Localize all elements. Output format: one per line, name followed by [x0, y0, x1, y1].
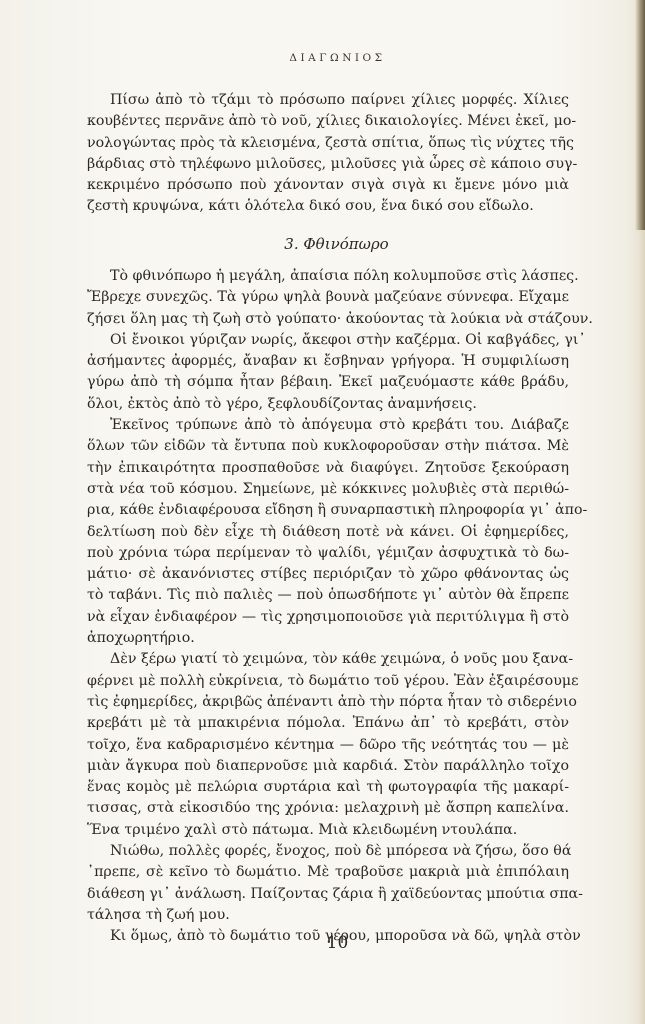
- text-line: κουβέντες περνᾶνε ἀπὸ τὸ νοῦ, χίλιες δικ…: [87, 111, 569, 132]
- intro-paragraph: Πίσω ἀπὸ τὸ τζάμι τὸ πρόσωπο παίρνει χίλ…: [87, 90, 569, 218]
- text-line: τάλησα τὴ ζωή μου.: [87, 905, 569, 926]
- text-line: νολογώντας πρὸς τὰ κλεισμένα, ζεστὰ σπίτ…: [87, 133, 569, 154]
- text-line: γύρω ἀπὸ τὴ σόμπα ἦταν βέβαιη. Ἐκεῖ μαζε…: [87, 372, 569, 393]
- text-line: Πίσω ἀπὸ τὸ τζάμι τὸ πρόσωπο παίρνει χίλ…: [87, 90, 569, 111]
- text-line: Νιώθω, πολλὲς φορές, ἔνοχος, ποὺ δὲ μπόρ…: [87, 841, 569, 862]
- text-line: ἀποχωρητήριο.: [87, 628, 569, 649]
- text-line: βάρδιας στὸ τηλέφωνο μιλοῦσες, μιλοῦσες …: [87, 154, 569, 175]
- section-title: 3. Φθινόπωρο: [0, 235, 645, 253]
- text-line: ποὺ χρόνια τώρα περίμεναν τὸ ψαλίδι, γέμ…: [87, 543, 569, 564]
- text-line: κρεβάτι μὲ τὰ μπακιρένια πόμολα. Ἐπάνω ἀ…: [87, 713, 569, 734]
- text-line: δελτίωση ποὺ δὲν εἶχε τὴ διάθεση ποτὲ νὰ…: [87, 522, 569, 543]
- text-line: φέρνει μὲ πολλὴ εὐκρίνεια, τὸ δωμάτιο το…: [87, 671, 569, 692]
- text-line: διάθεση γι᾽ ἀνάλωση. Παίζοντας ζάρια ἢ χ…: [87, 884, 569, 905]
- text-line: ὅλοι, ἐκτὸς ἀπὸ τὸ γέρο, ξεφλουδίζοντας …: [87, 394, 569, 415]
- text-line: τὴν ἐπικαιρότητα προσπαθοῦσε νὰ διαφύγει…: [87, 458, 569, 479]
- book-page: ΔΙΑΓΩΝΙΟΣ Πίσω ἀπὸ τὸ τζάμι τὸ πρόσωπο π…: [0, 0, 645, 1024]
- text-line: Ἐκεῖνος τρύπωνε ἀπὸ τὸ ἀπόγευμα στὸ κρεβ…: [87, 415, 569, 436]
- text-line: Ἔβρεχε συνεχῶς. Τὰ γύρω ψηλὰ βουνὰ μαζεύ…: [87, 287, 569, 308]
- text-line: Τὸ φθινόπωρο ἡ μεγάλη, ἀπαίσια πόλη κολυ…: [87, 266, 569, 287]
- text-line: ἀσήμαντες ἀφορμές, ἄναβαν κι ἔσβηναν γρή…: [87, 351, 569, 372]
- running-head: ΔΙΑΓΩΝΙΟΣ: [0, 52, 645, 64]
- text-line: τὶς ἐφημερίδες, ἀκριβῶς ἀπέναντι ἀπὸ τὴν…: [87, 692, 569, 713]
- text-line: Δὲν ξέρω γιατί τὸ χειμώνα, τὸν κάθε χειμ…: [87, 649, 569, 670]
- text-line: στὰ νέα τοῦ κόσμου. Σημείωνε, μὲ κόκκινε…: [87, 479, 569, 500]
- text-line: ὅλων τῶν εἰδῶν τὰ ἔντυπα ποὺ κυκλοφοροῦσ…: [87, 436, 569, 457]
- text-line: ἕνας κομὸς μὲ πελώρια συρτάρια καὶ τὴ φω…: [87, 777, 569, 798]
- text-line: Ἕνα τριμένο χαλὶ στὸ πάτωμα. Μιὰ κλειδωμ…: [87, 820, 569, 841]
- text-line: ᾽πρεπε, σὲ κεῖνο τὸ δωμάτιο. Μὲ τραβοῦσε…: [87, 862, 569, 883]
- section-body: Τὸ φθινόπωρο ἡ μεγάλη, ἀπαίσια πόλη κολυ…: [87, 266, 569, 948]
- text-line: Οἱ ἔνοικοι γύριζαν νωρίς, ἄκεφοι στὴν κα…: [87, 330, 569, 351]
- page-number: 10: [0, 933, 645, 953]
- text-line: ζήσει ὅλη μας τὴ ζωὴ στὸ γούπατο· ἀκούον…: [87, 309, 569, 330]
- text-line: τισσας, στὰ εἰκοσιδύο της χρόνια: μελαχρ…: [87, 798, 569, 819]
- text-line: μιὰν ἄγκυρα ποὺ διαπερνοῦσε μιὰ καρδιά. …: [87, 756, 569, 777]
- text-line: κεκριμένο πρόσωπο ποὺ χάνονταν σιγὰ σιγὰ…: [87, 175, 569, 196]
- text-line: τοῖχο, ἕνα καδραρισμένο κέντημα — δῶρο τ…: [87, 735, 569, 756]
- text-line: ρια, κάθε ἐνδιαφέρουσα εἴδηση ἢ συναρπασ…: [87, 500, 569, 521]
- text-line: ζεστὴ κρυψώνα, κάτι ὁλότελα δικό σου, ἕν…: [87, 196, 569, 217]
- text-line: νὰ εἶχαν ἐνδιαφέρον — τὶς χρησιμοποιοῦσε…: [87, 607, 569, 628]
- text-line: μάτιο· σὲ ἀκανόνιστες στίβες περιόριζαν …: [87, 564, 569, 585]
- text-line: τὸ ταβάνι. Τὶς πιὸ παλιὲς — ποὺ ὁπωσδήπο…: [87, 585, 569, 606]
- binding-shadow: [635, 0, 645, 230]
- binding-edge: [639, 230, 645, 1024]
